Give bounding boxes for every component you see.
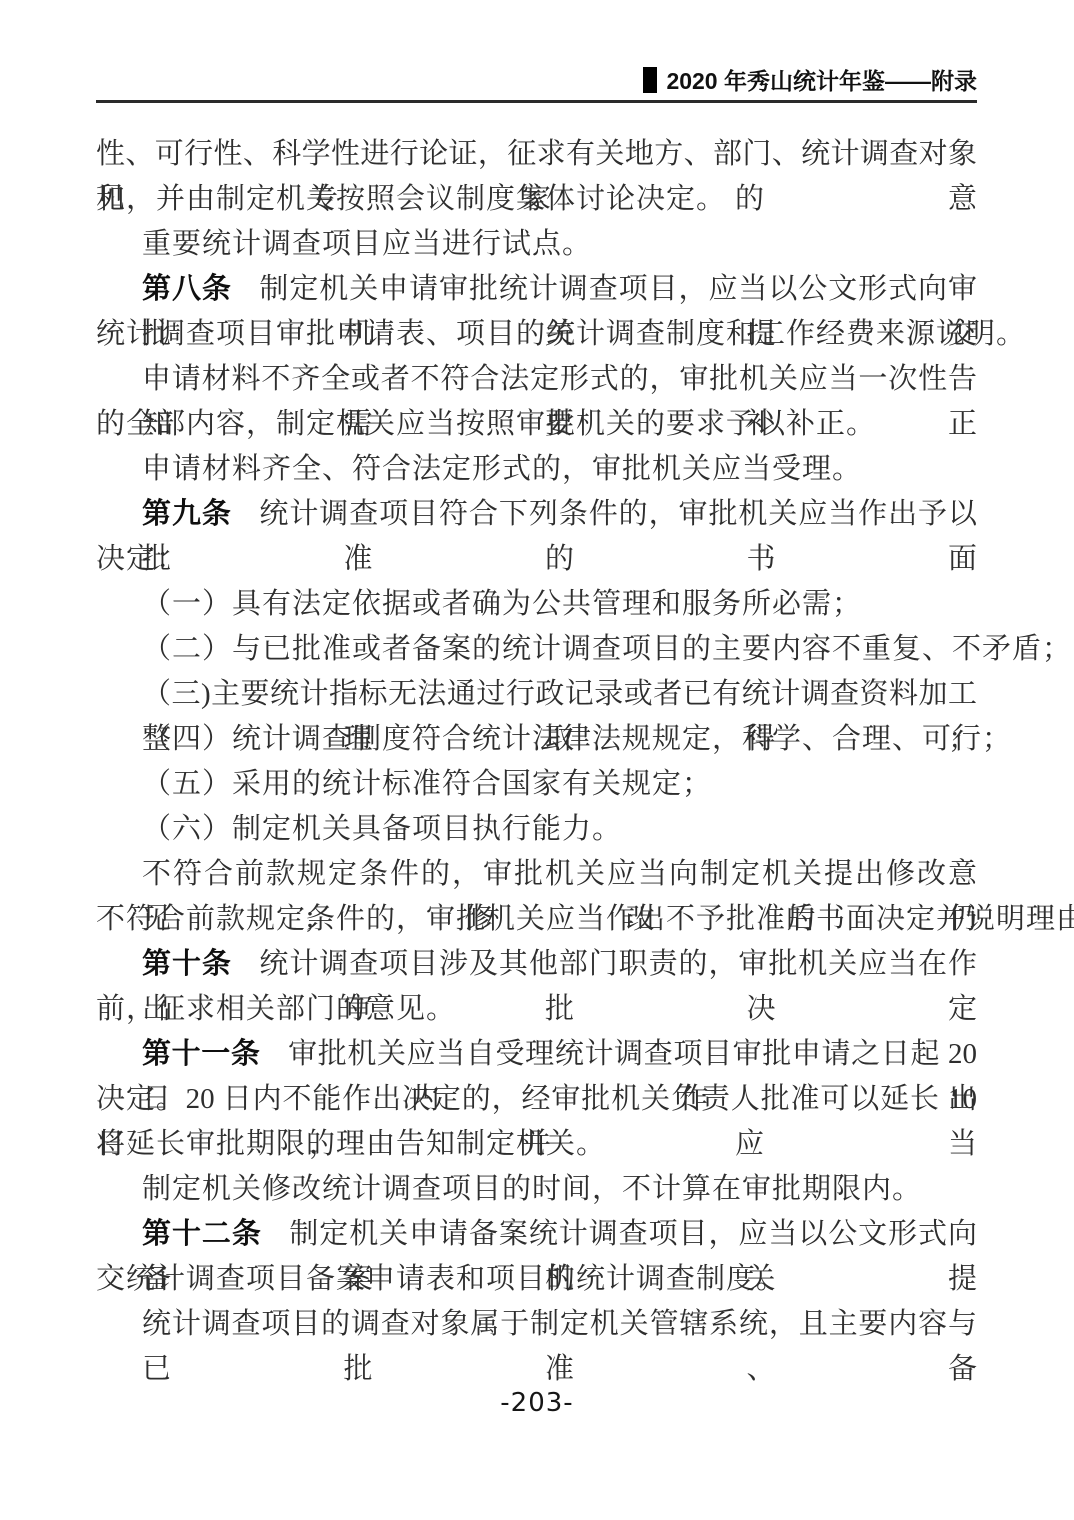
line-text: 统计调查项目审批申请表、项目的统计调查制度和工作经费来源说明。 xyxy=(96,318,1026,350)
header-rule xyxy=(96,100,977,103)
header-title: 2020 年秀山统计年鉴——附录 xyxy=(666,68,977,94)
line-text: （六）制定机关具备项目执行能力。 xyxy=(142,813,622,845)
line-text: （一）具有法定依据或者确为公共管理和服务所必需； xyxy=(142,588,862,620)
line-text: 统计调查项目的调查对象属于制定机关管辖系统，且主要内容与已批准、备 xyxy=(142,1308,977,1385)
line-text: 交统计调查项目备案申请表和项目的统计调查制度。 xyxy=(96,1263,786,1295)
text-line: （二）与已批准或者备案的统计调查项目的主要内容不重复、不矛盾； xyxy=(96,627,977,672)
text-line: 第十一条审批机关应当自受理统计调查项目审批申请之日起 20 日内作出 xyxy=(96,1032,977,1077)
line-text: 申请材料齐全、符合法定形式的，审批机关应当受理。 xyxy=(142,453,862,485)
line-text: 的全部内容，制定机关应当按照审批机关的要求予以补正。 xyxy=(96,408,876,440)
text-line: （一）具有法定依据或者确为公共管理和服务所必需； xyxy=(96,582,977,627)
text-line: （五）采用的统计标准符合国家有关规定； xyxy=(96,762,977,807)
line-text: 重要统计调查项目应当进行试点。 xyxy=(142,228,592,260)
text-line: 性、可行性、科学性进行论证，征求有关地方、部门、统计调查对象和专家的意 xyxy=(96,132,977,177)
line-text: （四）统计调查制度符合统计法律法规规定，科学、合理、可行； xyxy=(142,723,1012,755)
line-text: 不符合前款规定条件的，审批机关应当作出不予批准的书面决定并说明理由。 xyxy=(96,903,1074,935)
article-number: 第八条 xyxy=(142,273,232,305)
line-text: 将延长审批期限的理由告知制定机关。 xyxy=(96,1128,606,1160)
document-page: 2020 年秀山统计年鉴——附录 性、可行性、科学性进行论证，征求有关地方、部门… xyxy=(0,0,1074,1520)
line-text: 制定机关修改统计调查项目的时间，不计算在审批期限内。 xyxy=(142,1173,922,1205)
text-line: （四）统计调查制度符合统计法律法规规定，科学、合理、可行； xyxy=(96,717,977,762)
text-line: （六）制定机关具备项目执行能力。 xyxy=(96,807,977,852)
text-line: 统计调查项目审批申请表、项目的统计调查制度和工作经费来源说明。 xyxy=(96,312,977,357)
line-text: 统计调查项目符合下列条件的，审批机关应当作出予以批准的书面 xyxy=(142,498,977,575)
text-line: 第十条统计调查项目涉及其他部门职责的，审批机关应当在作出审批决定 xyxy=(96,942,977,987)
text-line: 申请材料齐全、符合法定形式的，审批机关应当受理。 xyxy=(96,447,977,492)
text-line: 统计调查项目的调查对象属于制定机关管辖系统，且主要内容与已批准、备 xyxy=(96,1302,977,1347)
line-text: 前，征求相关部门的意见。 xyxy=(96,993,456,1025)
text-line: 的全部内容，制定机关应当按照审批机关的要求予以补正。 xyxy=(96,402,977,447)
text-line: 重要统计调查项目应当进行试点。 xyxy=(96,222,977,267)
text-line: 决定。20 日内不能作出决定的，经审批机关负责人批准可以延长 10 日，并应当 xyxy=(96,1077,977,1122)
text-line: 第八条制定机关申请审批统计调查项目，应当以公文形式向审批机关提交 xyxy=(96,267,977,312)
line-text: 见，并由制定机关按照会议制度集体讨论决定。 xyxy=(96,183,726,215)
article-number: 第十二条 xyxy=(142,1218,262,1250)
line-text: （二）与已批准或者备案的统计调查项目的主要内容不重复、不矛盾； xyxy=(142,633,1072,665)
page-number: -203- xyxy=(500,1388,573,1418)
text-line: 不符合前款规定条件的，审批机关应当向制定机关提出修改意见；修改后仍 xyxy=(96,852,977,897)
article-number: 第十一条 xyxy=(142,1038,261,1070)
document-body: 性、可行性、科学性进行论证，征求有关地方、部门、统计调查对象和专家的意见，并由制… xyxy=(96,132,977,1347)
line-text: （五）采用的统计标准符合国家有关规定； xyxy=(142,768,712,800)
text-line: 不符合前款规定条件的，审批机关应当作出不予批准的书面决定并说明理由。 xyxy=(96,897,977,942)
article-number: 第九条 xyxy=(142,498,232,530)
text-line: 第九条统计调查项目符合下列条件的，审批机关应当作出予以批准的书面 xyxy=(96,492,977,537)
header-bar-icon xyxy=(643,67,657,93)
article-number: 第十条 xyxy=(142,948,232,980)
text-line: 制定机关修改统计调查项目的时间，不计算在审批期限内。 xyxy=(96,1167,977,1212)
text-line: 申请材料不齐全或者不符合法定形式的，审批机关应当一次性告知需要补正 xyxy=(96,357,977,402)
page-footer: -203- xyxy=(0,1388,1074,1418)
line-text: 决定： xyxy=(96,543,186,575)
page-header: 2020 年秀山统计年鉴——附录 xyxy=(96,64,977,98)
text-line: （三)主要统计指标无法通过行政记录或者已有统计调查资料加工整理取得； xyxy=(96,672,977,717)
text-line: 第十二条制定机关申请备案统计调查项目，应当以公文形式向备案机关提 xyxy=(96,1212,977,1257)
